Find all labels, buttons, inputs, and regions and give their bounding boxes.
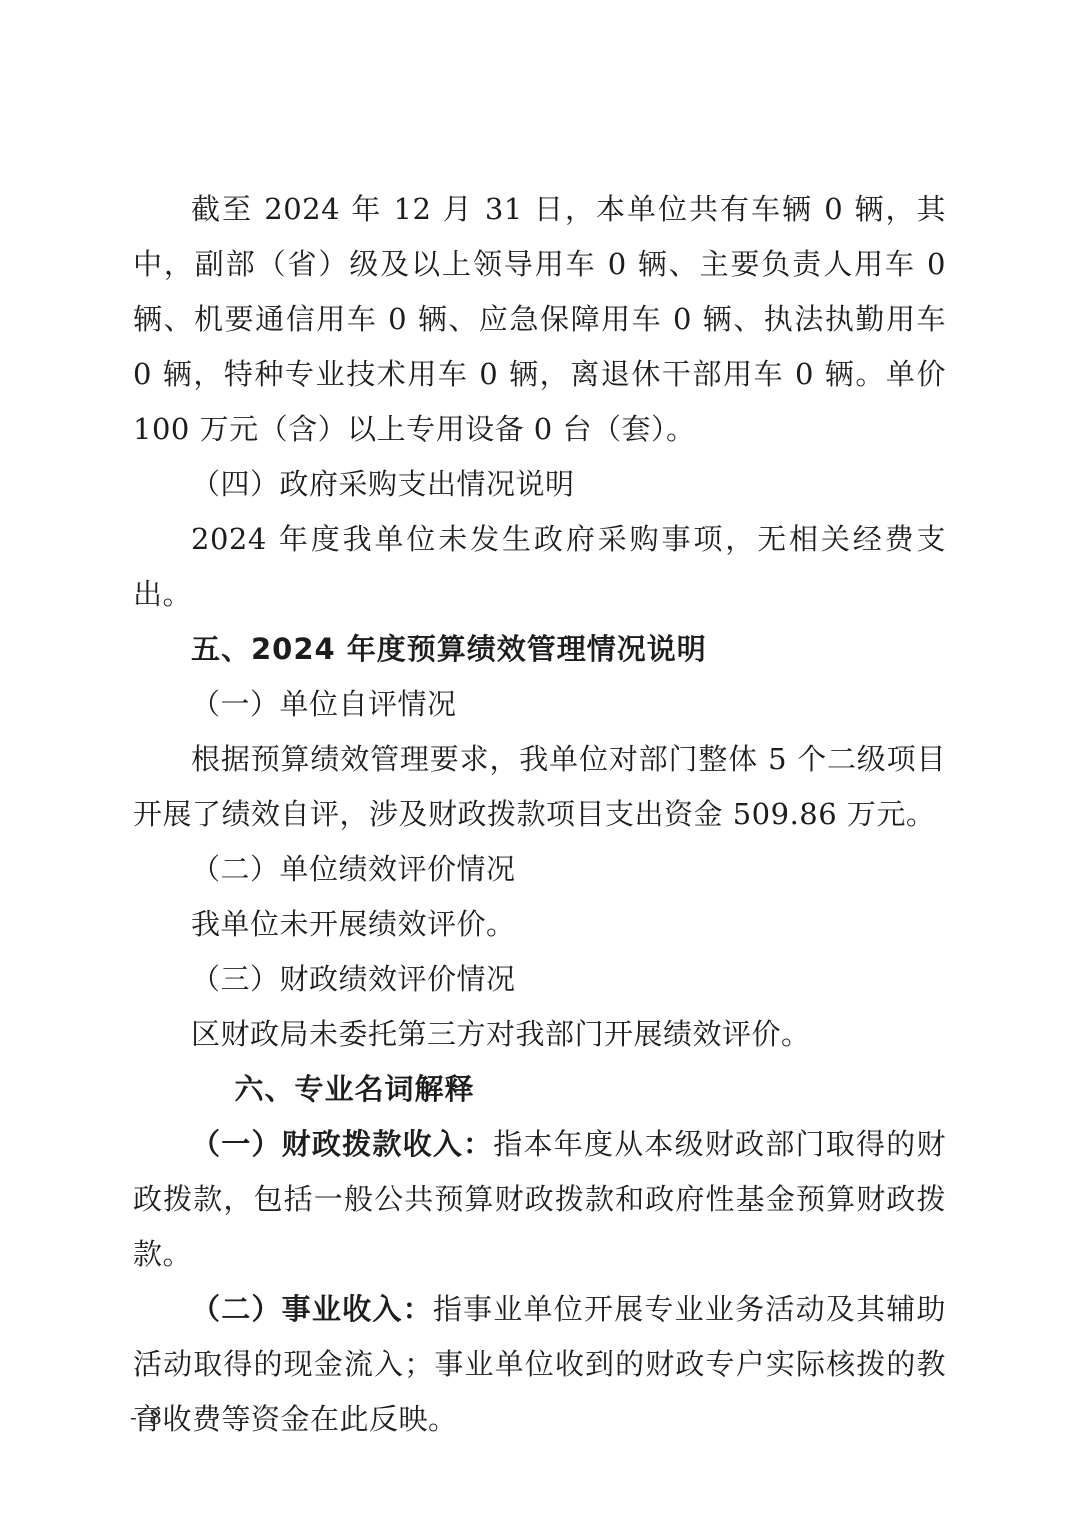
term-fiscal-appropriation-lead: （一）财政拨款收入： [191,1127,493,1161]
document-content: 截至 2024 年 12 月 31 日，本单位共有车辆 0 辆，其中，副部（省）… [133,182,946,1447]
paragraph-term-business-income: （二）事业收入：指事业单位开展专业业务活动及其辅助活动取得的现金流入；事业单位收… [133,1282,946,1447]
subheading-unit-performance-evaluation: （二）单位绩效评价情况 [133,842,946,897]
paragraph-gov-procurement-statement: 2024 年度我单位未发生政府采购事项，无相关经费支出。 [133,512,946,622]
heading-section-6-terminology: 六、专业名词解释 [133,1062,946,1117]
paragraph-unit-performance-statement: 我单位未开展绩效评价。 [133,897,946,952]
document-page: 截至 2024 年 12 月 31 日，本单位共有车辆 0 辆，其中，副部（省）… [0,0,1075,1520]
subheading-unit-self-evaluation: （一）单位自评情况 [133,677,946,732]
paragraph-vehicle-equipment-summary: 截至 2024 年 12 月 31 日，本单位共有车辆 0 辆，其中，副部（省）… [133,182,946,457]
paragraph-self-evaluation-detail: 根据预算绩效管理要求，我单位对部门整体 5 个二级项目开展了绩效自评，涉及财政拨… [133,732,946,842]
heading-section-5-budget-performance: 五、2024 年度预算绩效管理情况说明 [133,622,946,677]
subheading-gov-procurement-expenditure: （四）政府采购支出情况说明 [133,457,946,512]
subheading-fiscal-performance-evaluation: （三）财政绩效评价情况 [133,952,946,1007]
paragraph-term-fiscal-appropriation-income: （一）财政拨款收入：指本年度从本级财政部门取得的财政拨款，包括一般公共预算财政拨… [133,1117,946,1282]
page-number: - 8 - [130,1403,184,1431]
term-business-income-lead: （二）事业收入： [191,1292,433,1326]
paragraph-fiscal-performance-statement: 区财政局未委托第三方对我部门开展绩效评价。 [133,1007,946,1062]
